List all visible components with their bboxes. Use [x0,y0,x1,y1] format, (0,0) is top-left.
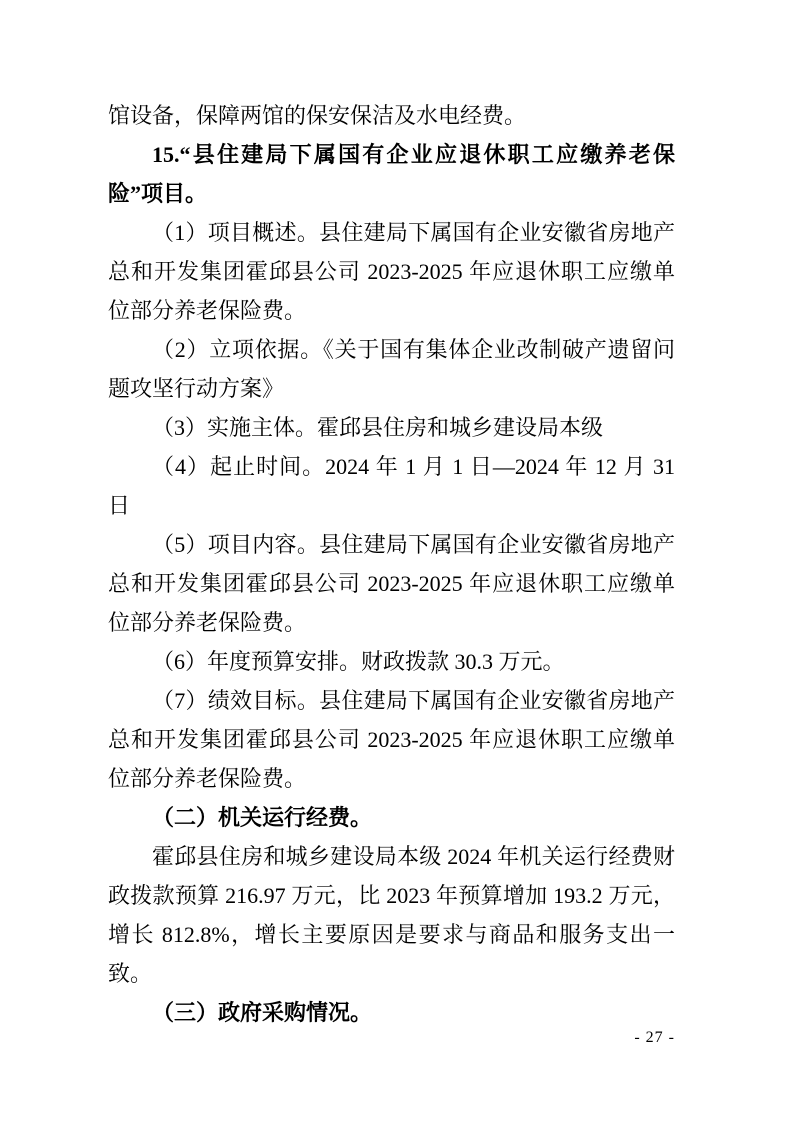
paragraph-agency-operating-expenses: 霍邱县住房和城乡建设局本级 2024 年机关运行经费财政拨款预算 216.97 … [108,837,675,993]
paragraph-item-4-timeframe: （4）起止时间。2024 年 1 月 1 日—2024 年 12 月 31 日 [108,447,675,525]
section-heading-item-15: 15.“县住建局下属国有企业应退休职工应缴养老保险”项目。 [108,135,675,213]
page-text-block: 馆设备，保障两馆的保安保洁及水电经费。 15.“县住建局下属国有企业应退休职工应… [108,96,675,1032]
document-page: 馆设备，保障两馆的保安保洁及水电经费。 15.“县住建局下属国有企业应退休职工应… [0,0,793,1122]
paragraph-item-2-basis: （2）立项依据。《关于国有集体企业改制破产遗留问题攻坚行动方案》 [108,330,675,408]
section-heading-government-procurement: （三）政府采购情况。 [108,993,675,1032]
paragraph-continuation: 馆设备，保障两馆的保安保洁及水电经费。 [108,96,675,135]
page-number: - 27 - [634,1027,675,1049]
section-heading-agency-operating-expenses: （二）机关运行经费。 [108,798,675,837]
paragraph-item-6-budget: （6）年度预算安排。财政拨款 30.3 万元。 [108,642,675,681]
paragraph-item-5-content: （5）项目内容。县住建局下属国有企业安徽省房地产总和开发集团霍邱县公司 2023… [108,525,675,642]
paragraph-item-3-implementer: （3）实施主体。霍邱县住房和城乡建设局本级 [108,408,675,447]
paragraph-item-7-performance-goal: （7）绩效目标。县住建局下属国有企业安徽省房地产总和开发集团霍邱县公司 2023… [108,681,675,798]
paragraph-item-1-overview: （1）项目概述。县住建局下属国有企业安徽省房地产总和开发集团霍邱县公司 2023… [108,213,675,330]
